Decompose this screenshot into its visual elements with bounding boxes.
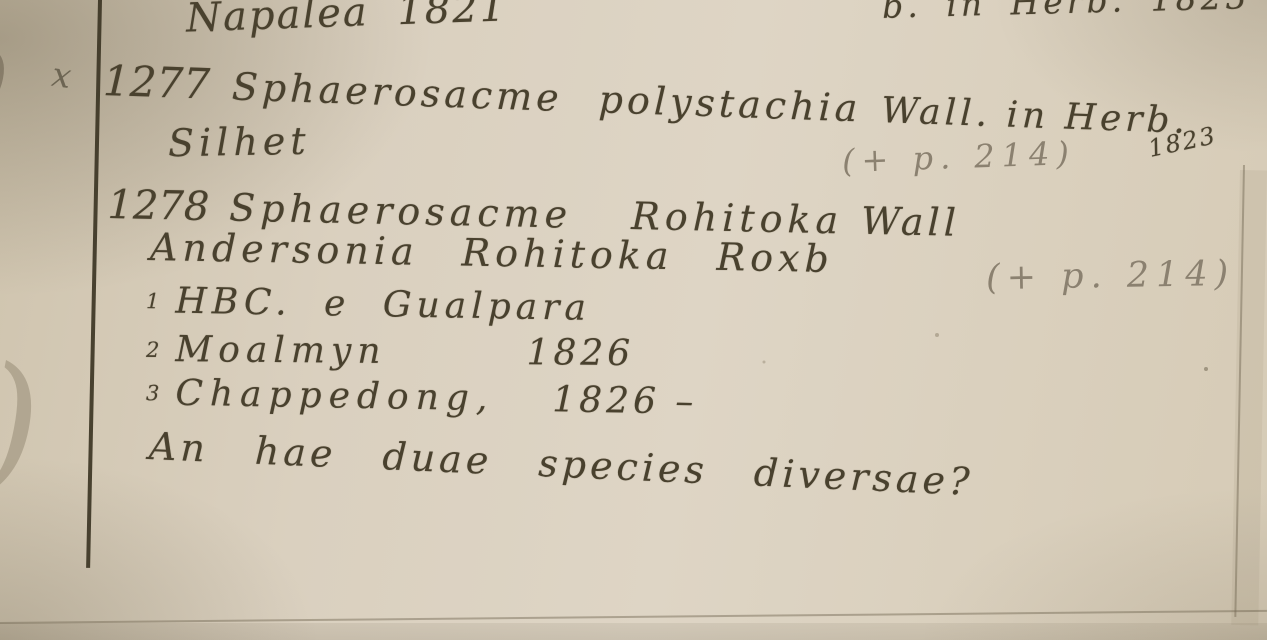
index-numeral: 1 — [146, 289, 160, 313]
entry-number: 1278 — [107, 182, 210, 230]
fragment-top-right: b. in Herb. 1823 — [882, 0, 1251, 26]
page-right-edge — [1234, 165, 1244, 617]
pencil-page-note-1: (+ p. 214) — [841, 134, 1076, 180]
edge-mark-bottom: ) — [0, 336, 41, 510]
specimen-row-2: 2Moalmyn1826 — [146, 329, 635, 374]
specimen-year: 1826 — [526, 332, 634, 374]
cross-mark: x — [49, 55, 74, 97]
authority: Wall — [861, 199, 961, 245]
species-name: Sphaerosacme polystachia — [231, 64, 862, 130]
index-numeral: 2 — [146, 338, 160, 362]
pencil-page-note-2: (+ p. 214) — [986, 254, 1236, 298]
backing-shade-bottom — [0, 623, 1267, 640]
page-bottom-edge — [0, 610, 1267, 624]
specimen-row-3: 3Chappedong,1826 – — [146, 372, 698, 423]
index-numeral: 3 — [146, 381, 160, 405]
margin-rule — [86, 0, 101, 568]
dust-specks — [0, 0, 2, 2]
entry-number: 1277 — [102, 56, 211, 109]
page-scan: x ) ) b. in Herb. 1823 Napalea 1821 1277… — [0, 0, 1267, 640]
locality-silhet: Silhet — [168, 119, 311, 165]
specimen-row-1: 1HBC. e Gualpara — [146, 280, 592, 329]
specimen-text: HBC. e Gualpara — [175, 281, 591, 329]
edge-mark-top: ) — [0, 40, 8, 114]
locality-line: Napalea 1821 — [185, 0, 508, 42]
query-line: An hae duae species diversae? — [148, 424, 974, 504]
authority: Wall. in Herb. — [881, 90, 1190, 142]
specimen-text: Moalmyn — [175, 329, 387, 372]
specimen-year: 1826 – — [552, 379, 698, 423]
specimen-text: Chappedong, — [175, 373, 495, 420]
